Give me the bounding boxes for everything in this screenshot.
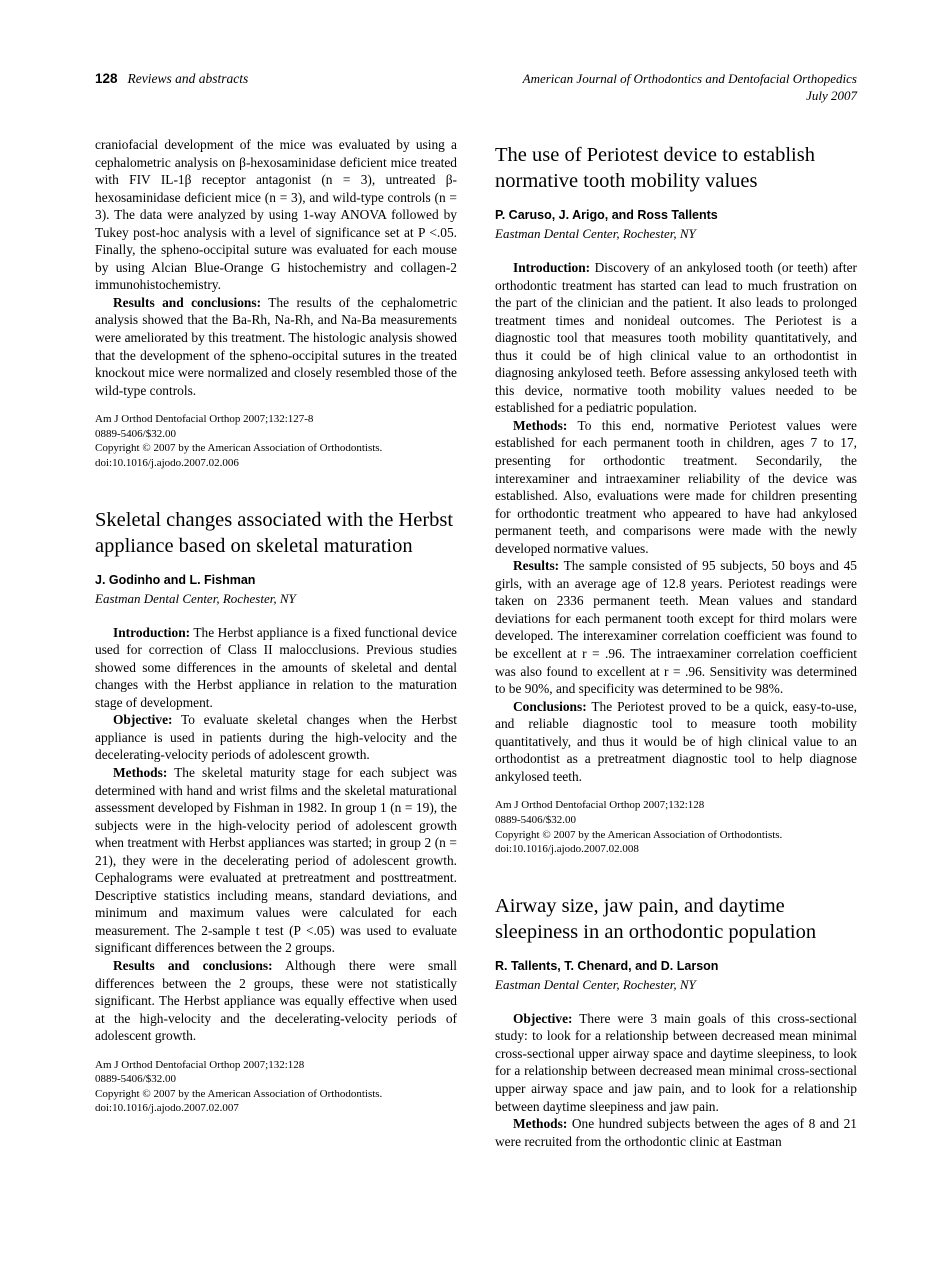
paragraph-text: To this end, normative Periotest values … xyxy=(495,418,857,556)
paragraph-label: Results and conclusions: xyxy=(113,295,261,310)
running-head: 128Reviews and abstracts American Journa… xyxy=(95,70,857,104)
introduction-paragraph: Introduction: The Herbst appliance is a … xyxy=(95,624,457,712)
paragraph-text: There were 3 main goals of this cross-se… xyxy=(495,1011,857,1114)
results-paragraph: Results: The sample consisted of 95 subj… xyxy=(495,557,857,697)
citation-line: 0889-5406/$32.00 xyxy=(495,813,857,828)
continuation-paragraph: craniofacial development of the mice was… xyxy=(95,136,457,294)
abstract-affiliation: Eastman Dental Center, Rochester, NY xyxy=(495,977,857,993)
citation-line: Copyright © 2007 by the American Associa… xyxy=(495,828,857,843)
paragraph-label: Introduction: xyxy=(113,625,190,640)
abstract-affiliation: Eastman Dental Center, Rochester, NY xyxy=(495,226,857,242)
citation-block: Am J Orthod Dentofacial Orthop 2007;132:… xyxy=(495,798,857,856)
issue-date: July 2007 xyxy=(523,87,857,104)
paragraph-label: Methods: xyxy=(513,1116,567,1131)
two-column-layout: craniofacial development of the mice was… xyxy=(95,136,857,1150)
abstract-title: Airway size, jaw pain, and daytime sleep… xyxy=(495,893,857,945)
abstract-authors: R. Tallents, T. Chenard, and D. Larson xyxy=(495,958,857,974)
running-head-left: 128Reviews and abstracts xyxy=(95,70,248,87)
page-number: 128 xyxy=(95,71,118,86)
citation-line: Am J Orthod Dentofacial Orthop 2007;132:… xyxy=(495,798,857,813)
abstract-title: The use of Periotest device to establish… xyxy=(495,142,857,194)
citation-line: 0889-5406/$32.00 xyxy=(95,427,457,442)
abstract-authors: P. Caruso, J. Arigo, and Ross Tallents xyxy=(495,207,857,223)
methods-paragraph: Methods: One hundred subjects between th… xyxy=(495,1115,857,1150)
paragraph-label: Objective: xyxy=(113,712,173,727)
paragraph-text: craniofacial development of the mice was… xyxy=(95,137,457,292)
results-paragraph: Results and conclusions: The results of … xyxy=(95,294,457,399)
abstract-affiliation: Eastman Dental Center, Rochester, NY xyxy=(95,591,457,607)
section-title: Reviews and abstracts xyxy=(128,71,249,86)
paragraph-text: The sample consisted of 95 subjects, 50 … xyxy=(495,558,857,696)
journal-page: 128Reviews and abstracts American Journa… xyxy=(0,0,950,1272)
citation-line: doi:10.1016/j.ajodo.2007.02.007 xyxy=(95,1101,457,1116)
paragraph-label: Results and conclusions: xyxy=(113,958,273,973)
right-column: The use of Periotest device to establish… xyxy=(495,136,857,1150)
objective-paragraph: Objective: There were 3 main goals of th… xyxy=(495,1010,857,1115)
running-head-right: American Journal of Orthodontics and Den… xyxy=(523,70,857,104)
objective-paragraph: Objective: To evaluate skeletal changes … xyxy=(95,711,457,764)
paragraph-label: Methods: xyxy=(113,765,167,780)
left-column: craniofacial development of the mice was… xyxy=(95,136,457,1150)
paragraph-text: The results of the cephalometric analysi… xyxy=(95,295,457,398)
paragraph-label: Methods: xyxy=(513,418,567,433)
abstract-title: Skeletal changes associated with the Her… xyxy=(95,507,457,559)
citation-block: Am J Orthod Dentofacial Orthop 2007;132:… xyxy=(95,412,457,470)
introduction-paragraph: Introduction: Discovery of an ankylosed … xyxy=(495,259,857,417)
paragraph-label: Results: xyxy=(513,558,559,573)
journal-title: American Journal of Orthodontics and Den… xyxy=(523,70,857,87)
paragraph-label: Objective: xyxy=(513,1011,573,1026)
citation-line: Copyright © 2007 by the American Associa… xyxy=(95,1087,457,1102)
citation-line: doi:10.1016/j.ajodo.2007.02.006 xyxy=(95,456,457,471)
citation-block: Am J Orthod Dentofacial Orthop 2007;132:… xyxy=(95,1058,457,1116)
paragraph-label: Conclusions: xyxy=(513,699,587,714)
paragraph-label: Introduction: xyxy=(513,260,590,275)
conclusions-paragraph: Conclusions: The Periotest proved to be … xyxy=(495,698,857,786)
citation-line: doi:10.1016/j.ajodo.2007.02.008 xyxy=(495,842,857,857)
methods-paragraph: Methods: To this end, normative Periotes… xyxy=(495,417,857,557)
results-paragraph: Results and conclusions: Although there … xyxy=(95,957,457,1045)
citation-line: Copyright © 2007 by the American Associa… xyxy=(95,441,457,456)
citation-line: 0889-5406/$32.00 xyxy=(95,1072,457,1087)
methods-paragraph: Methods: The skeletal maturity stage for… xyxy=(95,764,457,957)
citation-line: Am J Orthod Dentofacial Orthop 2007;132:… xyxy=(95,1058,457,1073)
citation-line: Am J Orthod Dentofacial Orthop 2007;132:… xyxy=(95,412,457,427)
abstract-authors: J. Godinho and L. Fishman xyxy=(95,572,457,588)
paragraph-text: Discovery of an ankylosed tooth (or teet… xyxy=(495,260,857,415)
paragraph-text: The skeletal maturity stage for each sub… xyxy=(95,765,457,955)
